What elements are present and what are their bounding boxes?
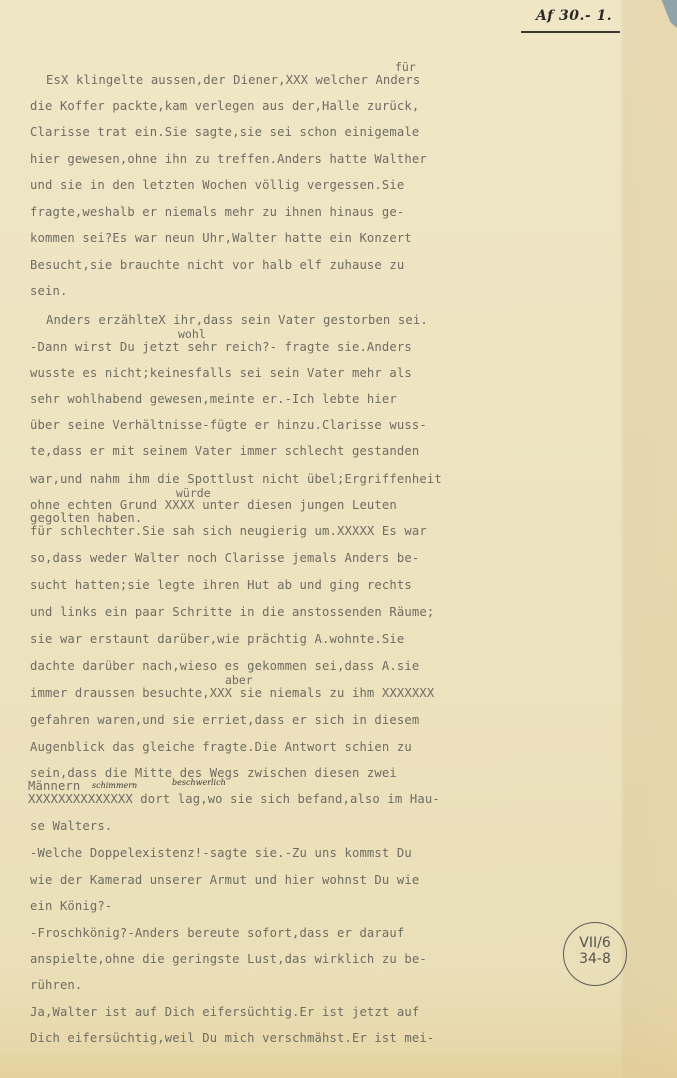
- text-line-27: Augenblick das gleiche fragte.Die Antwor…: [30, 740, 412, 754]
- text-line-4: hier gewesen,ohne ihn zu treffen.Anders …: [30, 152, 427, 166]
- text-line-24: dachte darüber nach,wieso es gekommen se…: [30, 659, 419, 673]
- text-line-3: Clarisse trat ein.Sie sagte,sie sei scho…: [30, 125, 419, 139]
- text-line-18: gegolten haben.: [30, 511, 142, 525]
- insertion-fuer: für: [395, 60, 416, 74]
- text-line-9: sein.: [30, 284, 67, 298]
- text-line-2: die Koffer packte,kam verlegen aus der,H…: [30, 99, 419, 113]
- text-line-26: gefahren waren,und sie erriet,dass er si…: [30, 713, 419, 727]
- text-line-17: ohne echten Grund XXXX unter diesen jung…: [30, 498, 397, 512]
- insertion-aber: aber: [225, 673, 253, 687]
- text-line-20: so,dass weder Walter noch Clarisse jemal…: [30, 551, 419, 565]
- text-line-23: sie war erstaunt darüber,wie prächtig A.…: [30, 632, 404, 646]
- text-line-13: sehr wohlhabend gewesen,meinte er.-Ich l…: [30, 392, 397, 406]
- text-line-25: immer draussen besuchte,XXX sie niemals …: [30, 686, 434, 700]
- text-line-16: war,und nahm ihm die Spottlust nicht übe…: [30, 472, 442, 486]
- text-line-29: Männern: [28, 779, 80, 793]
- text-line-38: Ja,Walter ist auf Dich eifersüchtig.Er i…: [30, 1005, 419, 1019]
- text-line-19: für schlechter.Sie sah sich neugierig um…: [30, 524, 427, 538]
- text-line-33: wie der Kamerad unserer Armut und hier w…: [30, 873, 419, 887]
- folio-number: Af 30.- 1.: [536, 8, 612, 24]
- text-line-39: Dich eifersüchtig,weil Du mich verschmäh…: [30, 1031, 434, 1045]
- archive-stamp-bottom: 34-8: [564, 951, 626, 967]
- text-line-32: -Welche Doppelexistenz!-sagte sie.-Zu un…: [30, 846, 412, 860]
- text-line-31: se Walters.: [30, 819, 112, 833]
- torn-corner: [655, 0, 677, 28]
- text-line-35: -Froschkönig?-Anders bereute sofort,dass…: [30, 926, 404, 940]
- handwritten-insertion-2: beschwerlich: [172, 778, 226, 787]
- text-line-6: fragte,weshalb er niemals mehr zu ihnen …: [30, 205, 404, 219]
- text-line-8: Besucht,sie brauchte nicht vor halb elf …: [30, 258, 404, 272]
- text-line-10: Anders erzählteX ihr,dass sein Vater ges…: [46, 313, 428, 327]
- text-line-7: kommen sei?Es war neun Uhr,Walter hatte …: [30, 231, 412, 245]
- text-line-21: sucht hatten;sie legte ihren Hut ab und …: [30, 578, 412, 592]
- handwritten-insertion-1: schimmern: [92, 781, 137, 790]
- archive-stamp-top: VII/6: [564, 935, 626, 951]
- text-line-36: anspielte,ohne die geringste Lust,das wi…: [30, 952, 427, 966]
- text-line-1: EsX klingelte aussen,der Diener,XXX welc…: [46, 73, 420, 87]
- typescript-page: Af 30.- 1. für EsX klingelte aussen,der …: [0, 0, 677, 1078]
- text-line-22: und links ein paar Schritte in die ansto…: [30, 605, 434, 619]
- insertion-wohl: wohl: [178, 327, 206, 341]
- text-line-12: wusste es nicht;keinesfalls sei sein Vat…: [30, 366, 412, 380]
- archive-stamp: VII/6 34-8: [563, 922, 627, 986]
- text-line-30: XXXXXXXXXXXXXX dort lag,wo sie sich befa…: [28, 792, 440, 806]
- text-line-34: ein König?-: [30, 899, 112, 913]
- text-line-37: rühren.: [30, 978, 82, 992]
- text-line-14: über seine Verhältnisse-fügte er hinzu.C…: [30, 418, 427, 432]
- text-line-5: und sie in den letzten Wochen völlig ver…: [30, 178, 404, 192]
- text-line-11: -Dann wirst Du jetzt sehr reich?- fragte…: [30, 340, 412, 354]
- folio-underline: [521, 31, 620, 33]
- text-line-15: te,dass er mit seinem Vater immer schlec…: [30, 444, 419, 458]
- page-bottom-edge: [0, 1048, 677, 1078]
